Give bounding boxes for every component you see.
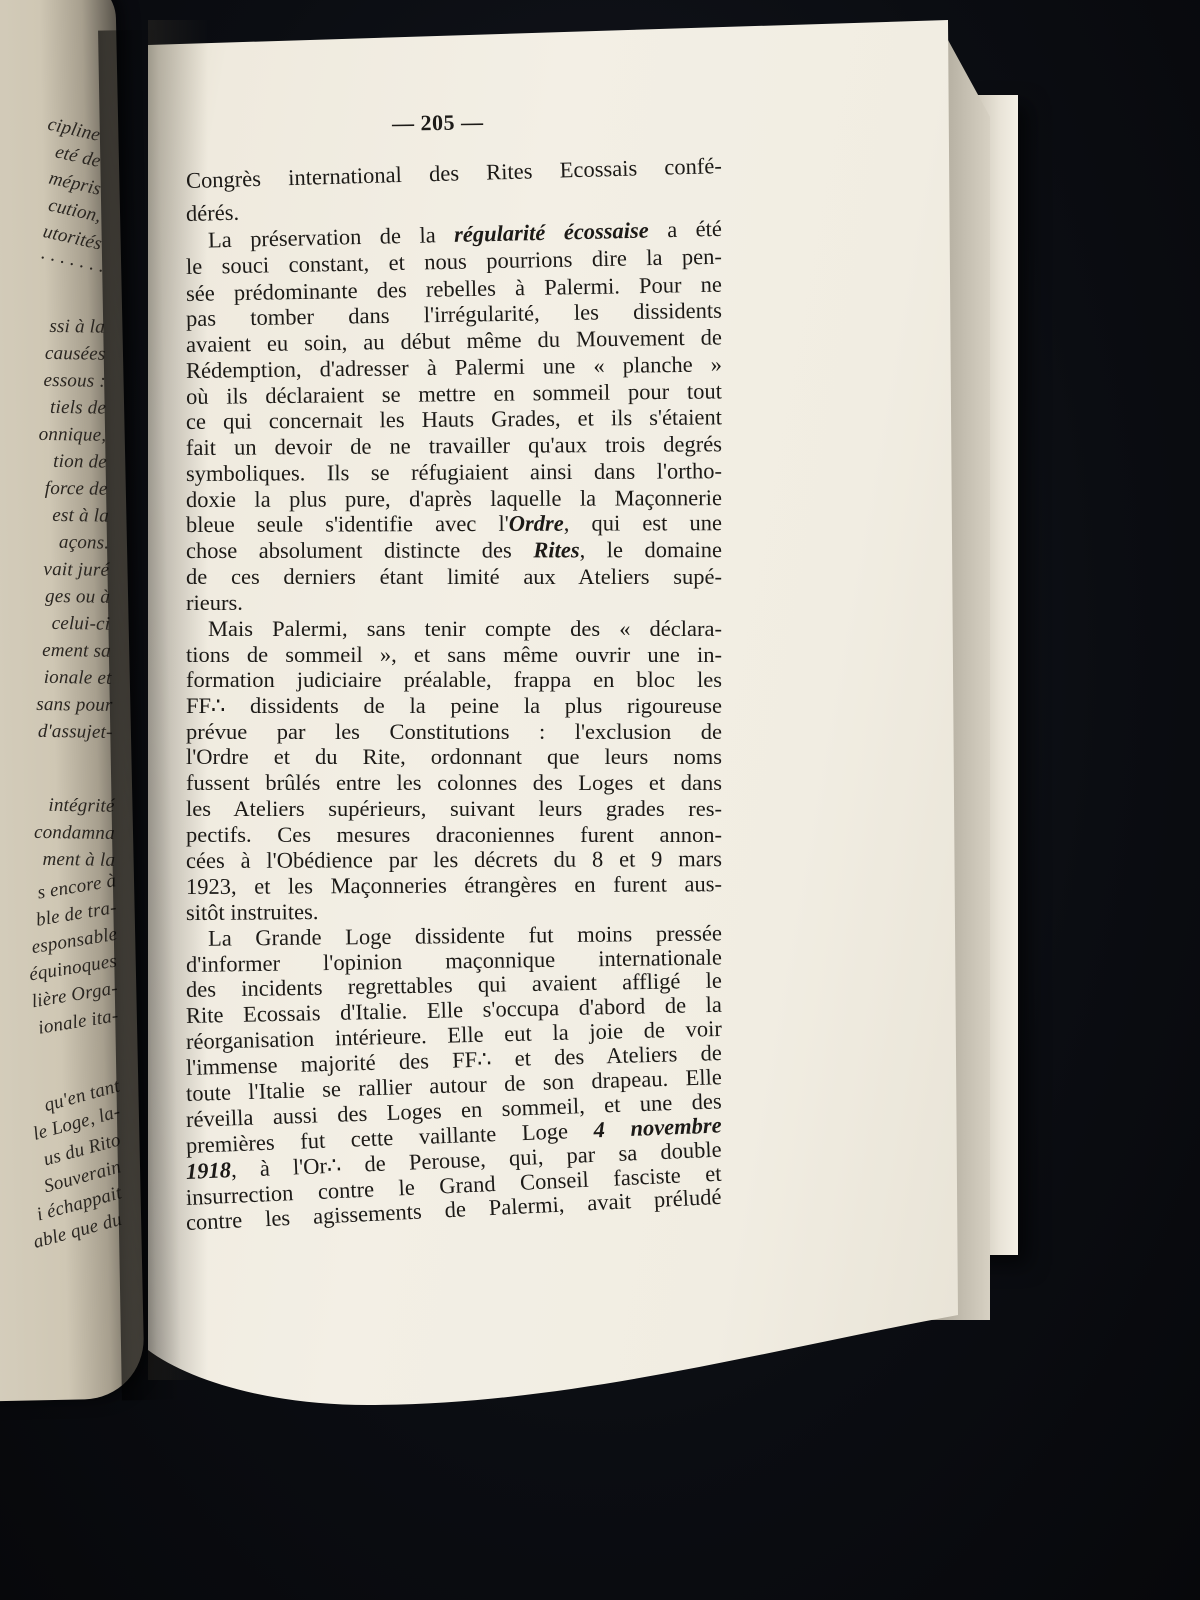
text-line: chose absolument distincte des Rites, le… [186,539,722,562]
left-page-fragment: vait juré [44,559,110,582]
left-page-fragment: tion de [53,451,107,474]
text-line: symboliques. Ils se réfugiaient ainsi da… [186,460,722,485]
left-page-text-fragments: ciplineeté demépriscution,utorités· · · … [0,119,108,122]
left-page-fragment: est à la [52,505,109,528]
italic-emphasis: Ordre [509,511,564,536]
text-line: de ces derniers étant limité aux Atelier… [186,566,722,589]
left-page-fragment: açons. [59,532,110,555]
text-line: les Ateliers supérieurs, suivant leurs g… [186,798,722,821]
left-page-fragment: ges ou à [45,586,110,609]
text-line: tions de sommeil », et sans même ouvrir … [186,644,722,667]
left-page-fragment: essous : [43,370,106,393]
left-page-fragment: ssi à la [49,316,105,339]
left-page-fragment: intégrité [48,795,114,818]
left-page-fragment: cipline [45,114,102,147]
text-line: prévue par les Constitutions : l'exclusi… [186,721,722,744]
left-page-fragment: ement sa [42,640,111,663]
text-line: fussent brûlés entre les colonnes des Lo… [186,772,722,795]
left-page-fragment: sans pour [36,694,113,717]
text-line: cées à l'Obédience par les décrets du 8 … [186,848,722,872]
left-page-fragment: tiels de [50,397,106,420]
text-line: formation judiciaire préalable, frappa e… [186,669,722,692]
left-page-fragment: celui-ci [52,613,111,636]
italic-emphasis: régularité écossaise [454,218,649,247]
text-line: FF∴ dissidents de la peine la plus rigou… [186,695,722,718]
left-page-fragment: ionale et [44,667,112,690]
left-page-fragment: ment à la [43,849,116,872]
text-line: Mais Palermi, sans tenir compte des « dé… [186,618,722,641]
italic-emphasis: 1918 [185,1157,231,1184]
text-line: rieurs. [186,592,722,615]
text-line: doxie la plus pure, d'après laquelle la … [186,487,722,511]
text-line: l'Ordre et du Rite, ordonnant que leurs … [186,746,722,769]
left-page-fragment: condamna [34,822,115,845]
left-page-fragment: force de [45,478,108,501]
page-number: — 205 — [392,109,484,136]
left-page-fragment: causées [44,343,105,366]
text-line: fait un devoir de ne travailler qu'aux t… [186,433,722,459]
left-page-fragment: onnique, [39,424,107,447]
italic-emphasis: Rites [533,537,579,562]
text-line: ce qui concernait les Hauts Grades, et i… [186,406,722,433]
left-page-fragment: d'assujet- [38,721,113,744]
text-line: pectifs. Ces mesures draconiennes furent… [186,824,722,847]
text-line: 1923, et les Maçonneries étrangères en f… [186,873,722,898]
text-line: bleue seule s'identifie avec l'Ordre, qu… [186,512,722,536]
